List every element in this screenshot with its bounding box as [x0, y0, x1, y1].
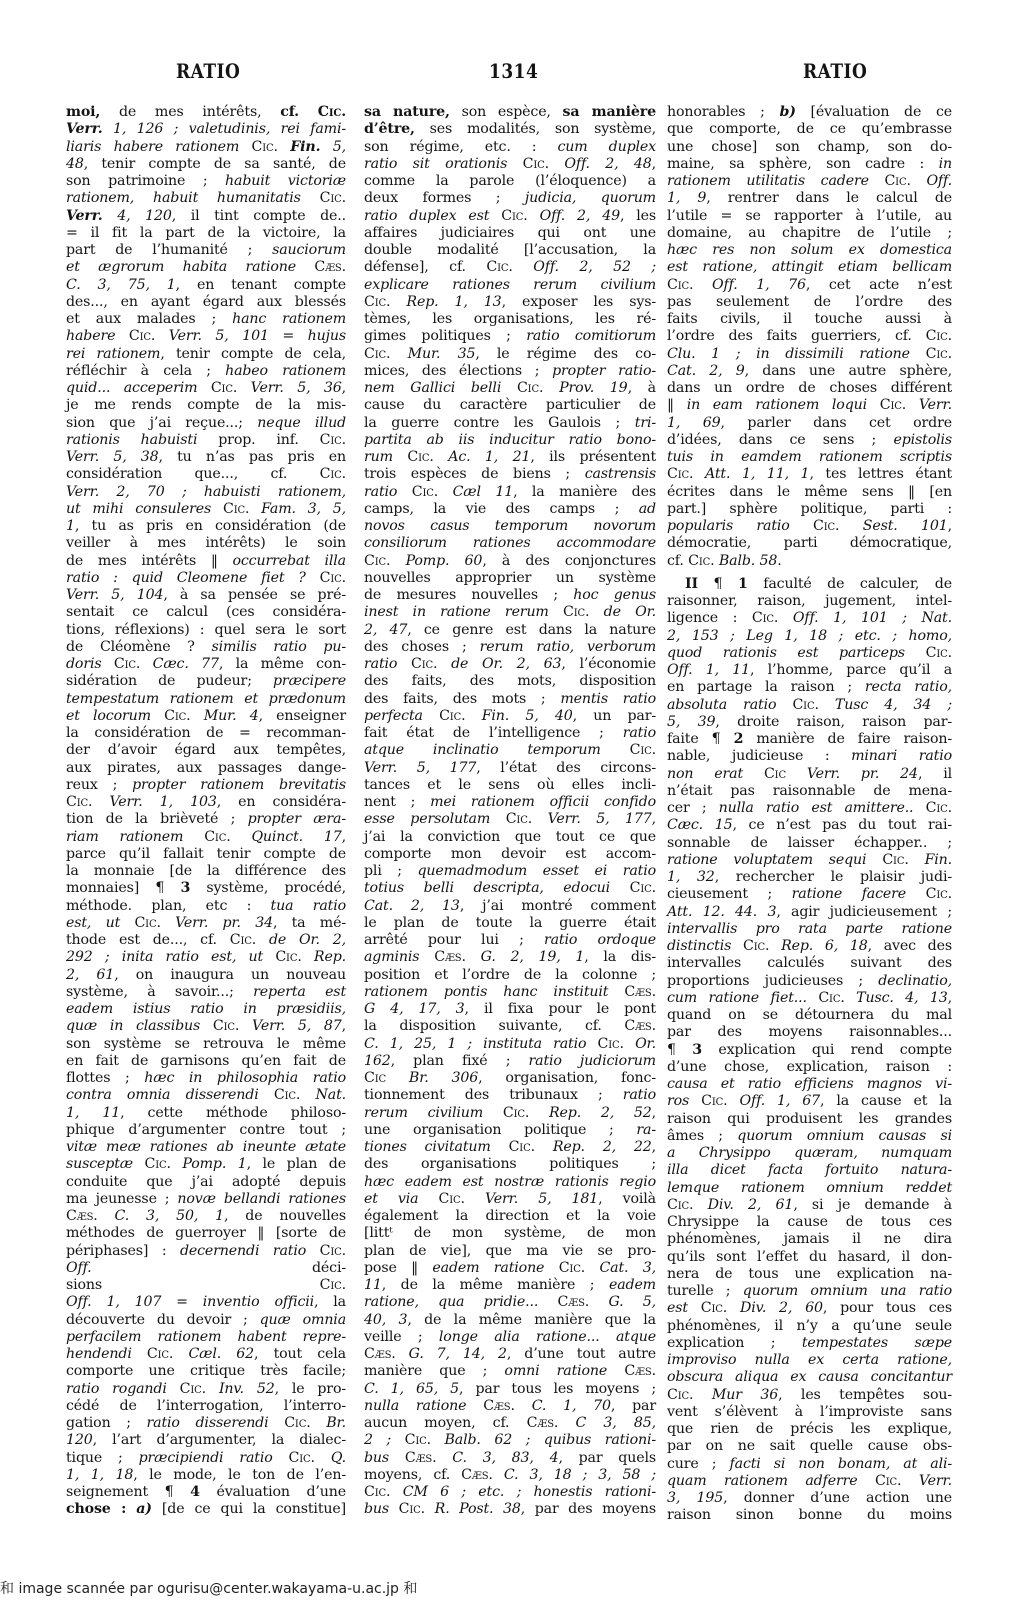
- text-line: reux ; propter rationem brevitatis: [66, 777, 346, 794]
- text-line: Cæc. 15, ce n’est pas du tout rai-: [667, 817, 952, 834]
- text-line: nent ; mei rationem officii confido: [364, 794, 656, 811]
- text-line: Verr. 5, 104, à sa pensée se pré-: [66, 587, 346, 604]
- text-line: Cic. Att. 1, 11, 1, tes lettres étant: [667, 466, 952, 483]
- text-line: tionnement des tribunaux ; ratio: [364, 1087, 656, 1104]
- text-line: que comporte, de ce qu’embrasse: [667, 121, 952, 138]
- text-line: 1, 11, cette méthode philoso-: [66, 1105, 346, 1122]
- text-line: Cat. 2, 13, j’ai montré comment: [364, 898, 656, 915]
- text-line: j’ai la conviction que tout ce que: [364, 829, 656, 846]
- text-line: susceptæ Cic. Pomp. 1, le plan de: [66, 1156, 346, 1173]
- text-line: faits civils, il touche aussi à: [667, 311, 952, 328]
- text-line: et ægrorum habita ratione Cæs.: [66, 259, 346, 276]
- text-line: Cæs. C. 3, 50, 1, de nouvelles: [66, 1208, 346, 1225]
- text-line: Cic Br. 306, organisation, fonc-: [364, 1070, 656, 1087]
- text-line: la guerre contre les Gaulois ; tri-: [364, 415, 656, 432]
- text-line: nouvelles approprier un système: [364, 570, 656, 587]
- text-line: Verr. 4, 120, il tint compte de..: [66, 208, 346, 225]
- text-line: a Chrysippo quæram, numquam: [667, 1145, 952, 1162]
- text-line: défense], cf. Cic. Off. 2, 52 ;: [364, 259, 656, 276]
- text-line: trois espèces de biens ; castrensis: [364, 466, 656, 483]
- text-line: par des moyens raisonnables...: [667, 1024, 952, 1041]
- text-line: son régime, etc. : cum duplex: [364, 139, 656, 156]
- text-line: sa nature, son espèce, sa manière: [364, 104, 656, 121]
- text-line: 292 ; inita ratio est, ut Cic. Rep.: [66, 949, 346, 966]
- text-line: monnaies] ¶ 3 système, procédé,: [66, 880, 346, 897]
- text-column-left: moi, de mes intérêts, cf. Cic.Verr. 1, 1…: [66, 104, 346, 1519]
- text-line: flottes ; hæc in philosophia ratio: [66, 1070, 346, 1087]
- text-line: raison sinon bonne du moins: [667, 1507, 952, 1524]
- text-line: arrêté pour lui ; ratio ordoque: [364, 932, 656, 949]
- text-line: causa et ratio efficiens magnos vi-: [667, 1076, 952, 1093]
- text-line: rerum civilium Cic. Rep. 2, 52,: [364, 1105, 656, 1122]
- text-line: découverte du devoir ; quæ omnia: [66, 1312, 346, 1329]
- text-line: gation ; ratio disserendi Cic. Br.: [66, 1415, 346, 1432]
- text-line: Cæs. G. 7, 14, 2, d’une tout autre: [364, 1346, 656, 1363]
- text-line: moi, de mes intérêts, cf. Cic.: [66, 104, 346, 121]
- text-line: des organisations politiques ;: [364, 1156, 656, 1173]
- text-line: absoluta ratio Cic. Tusc 4, 34 ;: [667, 697, 952, 714]
- text-line: quam rationem adferre Cic. Verr.: [667, 1473, 952, 1490]
- text-line: esse persolutam Cic. Verr. 5, 177,: [364, 811, 656, 828]
- text-line: proportions judicieuses ; declinatio,: [667, 973, 952, 990]
- text-line: 2, 61, on inaugura un nouveau: [66, 967, 346, 984]
- text-line: gimes politiques ; ratio comitiorum: [364, 328, 656, 345]
- text-line: ut mihi consuleres Cic. Fam. 3, 5,: [66, 501, 346, 518]
- text-line: système, à savoir...; reperta est: [66, 984, 346, 1001]
- text-line: perfecta Cic. Fin. 5, 40, un par-: [364, 708, 656, 725]
- text-line: non erat Cic Verr. pr. 24, il: [667, 766, 952, 783]
- text-line: pose ‖ eadem ratione Cic. Cat. 3,: [364, 1260, 656, 1277]
- text-line: démocratie, parti démocratique,: [667, 535, 952, 552]
- text-line: comme la parole (l’éloquence) a: [364, 173, 656, 190]
- text-line: ros Cic. Off. 1, 67, la cause et la: [667, 1093, 952, 1110]
- text-line: totius belli descripta, edocui Cic.: [364, 880, 656, 897]
- text-line: nera de tous une explication na-: [667, 1266, 952, 1283]
- text-line: habere Cic. Verr. 5, 101 = hujus: [66, 328, 346, 345]
- text-line: dans un ordre de choses différent: [667, 380, 952, 397]
- text-line: plan de vie], que ma vie se pro-: [364, 1243, 656, 1260]
- text-line: 2, 47, ce genre est dans la nature: [364, 622, 656, 639]
- text-line: nem Gallici belli Cic. Prov. 19, à: [364, 380, 656, 397]
- text-line: ratio rogandi Cic. Inv. 52, le pro-: [66, 1381, 346, 1398]
- text-line: aucun moyen, cf. Cæs. C 3, 85,: [364, 1415, 656, 1432]
- text-line: cure ; facti si non bonam, at ali-: [667, 1456, 952, 1473]
- text-line: 1, 1, 18, le mode, le ton de l’en-: [66, 1467, 346, 1484]
- text-line: obscura aliqua ex causa concitantur: [667, 1369, 952, 1386]
- text-line: d’être, ses modalités, son système,: [364, 121, 656, 138]
- text-line: ratio : quid Cleomene fiet ? Cic.: [66, 570, 346, 587]
- text-line: rum Cic. Ac. 1, 21, ils présentent: [364, 449, 656, 466]
- text-line: est, ut Cic. Verr. pr. 34, ta mé-: [66, 915, 346, 932]
- text-line: affaires judiciaires qui ont une: [364, 225, 656, 242]
- text-line: chose : a) [de ce qui la constitue]: [66, 1501, 346, 1518]
- text-line: phénomènes, jamais il ne dira: [667, 1231, 952, 1248]
- text-line: et aux malades ; hanc rationem: [66, 311, 346, 328]
- text-line: de mes intérêts ‖ occurrebat illa: [66, 553, 346, 570]
- text-line: sion que j’ai reçue...; neque illud: [66, 415, 346, 432]
- text-line: manière que ; omni ratione Cæs.: [364, 1363, 656, 1380]
- text-line: écrites dans le même sens ‖ [en: [667, 484, 952, 501]
- text-line: Cic. Off. 1, 76, cet acte n’est: [667, 277, 952, 294]
- text-line: Verr. 2, 70 ; habuisti rationem,: [66, 484, 346, 501]
- text-line: seignement ¶ 4 évaluation d’une: [66, 1484, 346, 1501]
- text-line: 48, tenir compte de sa santé, de: [66, 156, 346, 173]
- text-line: position et l’ordre de la colonne ;: [364, 967, 656, 984]
- text-line: raisonner, raison, jugement, intel-: [667, 593, 952, 610]
- text-line: 1, 32, rechercher le plaisir judi-: [667, 869, 952, 886]
- text-line: vent s’élèvent à l’improviste sans: [667, 1404, 952, 1421]
- text-line: perfacilem rationem habent repre-: [66, 1329, 346, 1346]
- text-line: en partage la raison ; recta ratio,: [667, 679, 952, 696]
- text-line: distinctis Cic. Rep. 6, 18, avec des: [667, 938, 952, 955]
- text-line: novos casus temporum novorum: [364, 518, 656, 535]
- text-line: hæc res non solum ex domestica: [667, 242, 952, 259]
- text-line: Cic. Mur. 35, le régime des co-: [364, 346, 656, 363]
- text-line: thode est de..., cf. Cic. de Or. 2,: [66, 932, 346, 949]
- text-line: comporte mon devoir est accom-: [364, 846, 656, 863]
- text-line: méthode. plan, etc : tua ratio: [66, 898, 346, 915]
- text-line: Cic. Div. 2, 61, si je demande à: [667, 1197, 952, 1214]
- text-line: liaris habere rationem Cic. Fin. 5,: [66, 139, 346, 156]
- text-line: Clu. 1 ; in dissimili ratione Cic.: [667, 346, 952, 363]
- text-line: = il fit la part de la victoire, la: [66, 225, 346, 242]
- text-line: rei rationem, tenir compte de cela,: [66, 346, 346, 363]
- text-line: C. 1, 25, 1 ; instituta ratio Cic. Or.: [364, 1036, 656, 1053]
- text-line: part de l’humanité ; sauciorum: [66, 242, 346, 259]
- text-line: partita ab iis inducitur ratio bono-: [364, 432, 656, 449]
- text-line: Off. 1, 107 = inventio officii, la: [66, 1294, 346, 1311]
- text-line: C. 3, 75, 1, en tenant compte: [66, 277, 346, 294]
- text-line: des faits, des mots ; mentis ratio: [364, 691, 656, 708]
- text-line: ¶ 3 explication qui rend compte: [667, 1042, 952, 1059]
- text-line: Cic. Rep. 1, 13, exposer les sys-: [364, 294, 656, 311]
- text-line: n’était pas raisonnable de mena-: [667, 783, 952, 800]
- text-line: der d’avoir égard aux tempêtes,: [66, 742, 346, 759]
- scan-watermark: 和 image scannée par ogurisu@center.wakay…: [0, 1578, 417, 1598]
- text-line: explicare rationes rerum civilium: [364, 277, 656, 294]
- text-line: 1, 9, rentrer dans le calcul de: [667, 190, 952, 207]
- text-line: d’une chose, explication, raison :: [667, 1059, 952, 1076]
- text-line: Verr. 5, 38, tu n’as pas pris en: [66, 449, 346, 466]
- text-line: ligence : Cic. Off. 1, 101 ; Nat.: [667, 610, 952, 627]
- text-line: part.] sphère politique, parti :: [667, 501, 952, 518]
- text-line: 11, de la même manière ; eadem: [364, 1277, 656, 1294]
- text-line: inest in ratione rerum Cic. de Or.: [364, 604, 656, 621]
- text-line: 120, l’art d’argumenter, la dialec-: [66, 1432, 346, 1449]
- text-line: ratio duplex est Cic. Off. 2, 49, les: [364, 208, 656, 225]
- text-line: hæc eadem est nostræ rationis regio: [364, 1174, 656, 1191]
- text-line: ratio Cic. Cæl 11, la manière des: [364, 484, 656, 501]
- text-line: pas seulement de l’ordre des: [667, 294, 952, 311]
- text-line: camps, la vie des camps ; ad: [364, 501, 656, 518]
- text-line: veille ; longe alia ratione... atque: [364, 1329, 656, 1346]
- text-line: en fait de garnisons qu’en fait de: [66, 1053, 346, 1070]
- text-line: improviso nulla ex certa ratione,: [667, 1352, 952, 1369]
- text-line: rationem utilitatis cadere Cic. Off.: [667, 173, 952, 190]
- text-line: l’utile = se rapporter à l’utile, au: [667, 208, 952, 225]
- text-line: que rien de précis les explique,: [667, 1421, 952, 1438]
- text-line: II ¶ 1 faculté de calculer, de: [667, 576, 952, 593]
- text-line: tuis in eamdem rationem scriptis: [667, 449, 952, 466]
- text-line: G 4, 17, 3, il fixa pour le pont: [364, 1001, 656, 1018]
- text-line: conduite que j’ai adopté depuis: [66, 1174, 346, 1191]
- text-line: sions Cic.: [66, 1277, 346, 1294]
- text-line: son patrimoine ; habuit victoriæ: [66, 173, 346, 190]
- text-line: Off. déci-: [66, 1260, 346, 1277]
- text-line: Chrysippe la cause de tous ces: [667, 1214, 952, 1231]
- text-line: cum ratione fiet... Cic. Tusc. 4, 13,: [667, 990, 952, 1007]
- text-line: nulla ratione Cæs. C. 1, 70, par: [364, 1398, 656, 1415]
- text-line: Verr. 5, 177, l’état des circons-: [364, 760, 656, 777]
- text-line: rationis habuisti prop. inf. Cic.: [66, 432, 346, 449]
- text-line: des faits, des mots, disposition: [364, 673, 656, 690]
- text-line: le plan de toute la guerre était: [364, 915, 656, 932]
- text-line: domaine, au chapitre de l’utile ;: [667, 225, 952, 242]
- text-line: d’idées, dans ce sens ; epistolis: [667, 432, 952, 449]
- text-line: maine, sa sphère, son cadre : in: [667, 156, 952, 173]
- text-line: phénomènes, il n’y a qu’une seule: [667, 1318, 952, 1335]
- text-line: Cic. Mur 36, les tempêtes sou-: [667, 1387, 952, 1404]
- text-line: qu’ils sont l’effet du hasard, il don-: [667, 1249, 952, 1266]
- text-line: aux pirates, aux passages dange-: [66, 760, 346, 777]
- text-line: 1, tu as pris en considération (de: [66, 518, 346, 535]
- right-headword: RATIO: [803, 61, 867, 84]
- text-line: est ratione, attingit etiam bellicam: [667, 259, 952, 276]
- text-line: doris Cic. Cæc. 77, la même con-: [66, 656, 346, 673]
- text-column-middle: sa nature, son espèce, sa manièred’être,…: [364, 104, 656, 1519]
- text-line: [littᵗ de mon système, de mon: [364, 1225, 656, 1242]
- text-line: riam rationem Cic. Quinct. 17,: [66, 829, 346, 846]
- text-line: 40, 3, de la même manière que la: [364, 1312, 656, 1329]
- text-line: tique ; præcipiendi ratio Cic. Q.: [66, 1450, 346, 1467]
- text-line: de mesures nouvelles ; hoc genus: [364, 587, 656, 604]
- text-line: mices, des élections ; propter ratio-: [364, 363, 656, 380]
- text-line: Cic. CM 6 ; etc. ; honestis rationi-: [364, 1484, 656, 1501]
- text-line: 2 ; Cic. Balb. 62 ; quibus rationi-: [364, 1432, 656, 1449]
- text-line: âmes ; quorum omnium causas si: [667, 1128, 952, 1145]
- text-line: et locorum Cic. Mur. 4, enseigner: [66, 708, 346, 725]
- text-line: considération que..., cf. Cic.: [66, 466, 346, 483]
- text-line: quæ in classibus Cic. Verr. 5, 87,: [66, 1018, 346, 1035]
- text-line: intervalles calculés suivant des: [667, 955, 952, 972]
- text-line: la disposition suivante, cf. Cæs.: [364, 1018, 656, 1035]
- text-line: quand on se détournera du mal: [667, 1007, 952, 1024]
- text-line: tempestatum rationem et prædonum: [66, 691, 346, 708]
- text-line: ratio sit orationis Cic. Off. 2, 48,: [364, 156, 656, 173]
- text-line: sonnable de laisser échapper.. ;: [667, 835, 952, 852]
- text-line: Cat. 2, 9, dans une autre sphère,: [667, 363, 952, 380]
- text-line: bus Cic. R. Post. 38, par des moyens: [364, 1501, 656, 1518]
- text-line: turelle ; quorum omnium una ratio: [667, 1283, 952, 1300]
- text-line: vitæ meæ rationes ab ineunte ætate: [66, 1139, 346, 1156]
- text-line: sentait ce calcul (ces considéra-: [66, 604, 346, 621]
- text-line: intervallis pro rata parte ratione: [667, 921, 952, 938]
- text-line: et via Cic. Verr. 5, 181, voilà: [364, 1191, 656, 1208]
- text-line: phique d’argumenter contre tout ;: [66, 1122, 346, 1139]
- text-line: cédé de l’interrogation, l’interro-: [66, 1398, 346, 1415]
- text-line: 162, plan fixé ; ratio judiciorum: [364, 1053, 656, 1070]
- text-line: Att. 12. 44. 3, agir judicieusement ;: [667, 904, 952, 921]
- text-line: comporte une critique très facile;: [66, 1363, 346, 1380]
- text-line: tion de la brièveté ; propter æra-: [66, 811, 346, 828]
- text-line: moyens, cf. Cæs. C. 3, 18 ; 3, 58 ;: [364, 1467, 656, 1484]
- text-line: tiones civitatum Cic. Rep. 2, 22,: [364, 1139, 656, 1156]
- text-line: la monnaie [de la différence des: [66, 863, 346, 880]
- text-line: rationem, habuit humanitatis Cic.: [66, 190, 346, 207]
- text-line: ratio Cic. de Or. 2, 63, l’économie: [364, 656, 656, 673]
- text-line: veiller à mes intérêts) le soin: [66, 535, 346, 552]
- text-line: Cic. Verr. 1, 103, en considéra-: [66, 794, 346, 811]
- text-line: réfléchir à cela ; habeo rationem: [66, 363, 346, 380]
- text-line: nable, judicieuse : minari ratio: [667, 748, 952, 765]
- text-line: tances et le sens où elles incli-: [364, 777, 656, 794]
- text-line: ma jeunesse ; novæ bellandi rationes: [66, 1191, 346, 1208]
- text-line: agminis Cæs. G. 2, 19, 1, la dis-: [364, 949, 656, 966]
- text-line: illa dicet facta fortuito natura-: [667, 1162, 952, 1179]
- text-line: tèmes, les organisations, les ré-: [364, 311, 656, 328]
- text-line: Cic. Pomp. 60, à des conjonctures: [364, 553, 656, 570]
- text-line: ratione voluptatem sequi Cic. Fin.: [667, 852, 952, 869]
- text-line: explication ; tempestates sæpe: [667, 1335, 952, 1352]
- text-line: ratione, qua pridie... Cæs. G. 5,: [364, 1294, 656, 1311]
- text-line: lemque rationem omnium reddet: [667, 1180, 952, 1197]
- text-line: l’ordre des faits guerriers, cf. Cic.: [667, 328, 952, 345]
- text-line: je me rends compte de la mis-: [66, 397, 346, 414]
- text-line: bus Cæs. C. 3, 83, 4, par quels: [364, 1450, 656, 1467]
- text-line: cf. Cic. Balb. 58.: [667, 553, 952, 570]
- page-number: 1314: [489, 61, 538, 84]
- text-line: consiliorum rationes accommodare: [364, 535, 656, 552]
- text-line: des..., en ayant égard aux blessés: [66, 294, 346, 311]
- text-line: périphases] : decernendi ratio Cic.: [66, 1243, 346, 1260]
- text-column-right: honorables ; b) [évaluation de ceque com…: [667, 104, 952, 1525]
- text-line: cieusement ; ratione facere Cic.: [667, 886, 952, 903]
- text-line: est Cic. Div. 2, 60, pour tous ces: [667, 1300, 952, 1317]
- text-line: une chose] son champ, son do-: [667, 139, 952, 156]
- text-line: hendendi Cic. Cæl. 62, tout cela: [66, 1346, 346, 1363]
- text-line: pli ; quemadmodum esset ei ratio: [364, 863, 656, 880]
- text-line: atque inclinatio temporum Cic.: [364, 742, 656, 759]
- text-line: honorables ; b) [évaluation de ce: [667, 104, 952, 121]
- text-line: quod rationis est particeps Cic.: [667, 645, 952, 662]
- text-line: ‖ in eam rationem loqui Cic. Verr.: [667, 397, 952, 414]
- text-line: 1, 69, parler dans cet ordre: [667, 415, 952, 432]
- text-line: une organisation politique ; ra-: [364, 1122, 656, 1139]
- text-line: double modalité [l’accusation, la: [364, 242, 656, 259]
- text-line: quid... acceperim Cic. Verr. 5, 36,: [66, 380, 346, 397]
- text-line: de Cléomène ? similis ratio pu-: [66, 639, 346, 656]
- text-line: des choses ; rerum ratio, verborum: [364, 639, 656, 656]
- text-line: Off. 1, 11, l’homme, parce qu’il a: [667, 662, 952, 679]
- text-line: C. 1, 65, 5, par tous les moyens ;: [364, 1381, 656, 1398]
- text-line: popularis ratio Cic. Sest. 101,: [667, 518, 952, 535]
- text-line: cer ; nulla ratio est amittere.. Cic.: [667, 800, 952, 817]
- text-line: son système se retrouva le même: [66, 1036, 346, 1053]
- text-line: fait état de l’intelligence ; ratio: [364, 725, 656, 742]
- text-line: 5, 39, droite raison, raison par-: [667, 714, 952, 731]
- text-line: la considération de = recomman-: [66, 725, 346, 742]
- text-line: eadem istius ratio in præsidiis,: [66, 1001, 346, 1018]
- text-line: tions, réflexions) : quel sera le sort: [66, 622, 346, 639]
- text-line: sidération de pudeur; præcipere: [66, 673, 346, 690]
- text-line: par on ne sait quelle cause obs-: [667, 1438, 952, 1455]
- text-line: parce qu’il fallait tenir compte de: [66, 846, 346, 863]
- text-line: 2, 153 ; Leg 1, 18 ; etc. ; homo,: [667, 628, 952, 645]
- text-line: raison qui produisent les grandes: [667, 1111, 952, 1128]
- text-line: faite ¶ 2 manière de faire raison-: [667, 731, 952, 748]
- text-line: 3, 195, donner d’une action une: [667, 1490, 952, 1507]
- text-line: Verr. 1, 126 ; valetudinis, rei fami-: [66, 121, 346, 138]
- text-line: deux formes ; judicia, quorum: [364, 190, 656, 207]
- text-line: contra omnia disserendi Cic. Nat.: [66, 1087, 346, 1104]
- text-line: cause du caractère particulier de: [364, 397, 656, 414]
- text-line: méthodes de guerroyer ‖ [sorte de: [66, 1225, 346, 1242]
- left-headword: RATIO: [176, 61, 240, 84]
- text-line: également la direction et la voie: [364, 1208, 656, 1225]
- text-line: rationem pontis hanc instituit Cæs.: [364, 984, 656, 1001]
